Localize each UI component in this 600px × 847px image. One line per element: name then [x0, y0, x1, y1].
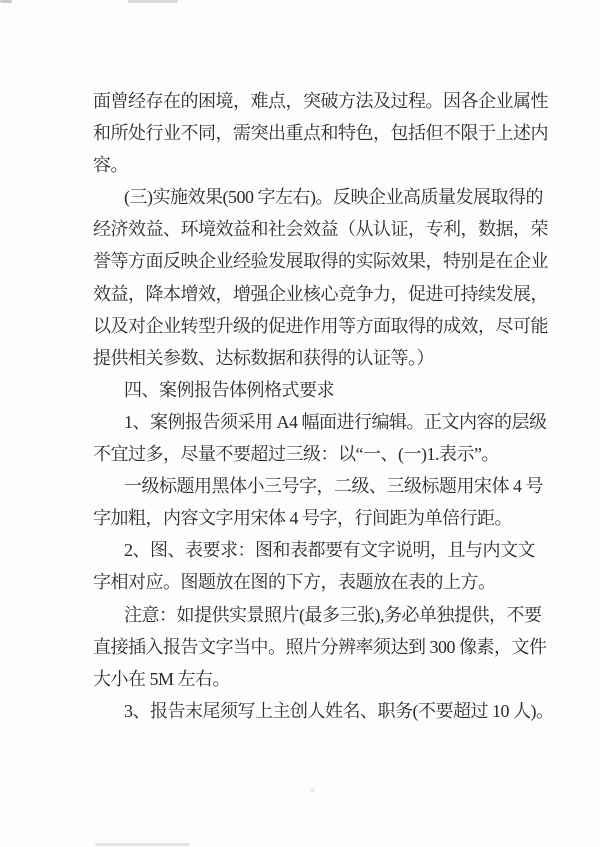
- text-line: 誉等方面反映企业经验发展取得的实际效果，特别是在企业: [93, 245, 563, 277]
- text-line: 字相对应。图题放在图的下方，表题放在表的上方。: [93, 566, 563, 598]
- scan-smudge-bottom: [95, 843, 190, 846]
- document-text: 面曾经存在的困境，难点，突破方法及过程。因各企业属性和所处行业不同，需突出重点和…: [93, 85, 563, 727]
- text-line: 直接插入报告文字当中。照片分辨率须达到 300 像素，文件: [93, 631, 563, 663]
- text-line: 不宜过多，尽量不要超过三级：以“一、(一)1.表示”。: [93, 438, 563, 470]
- text-line: 大小在 5M 左右。: [93, 663, 563, 695]
- text-line: 2、图、表要求：图和表都要有文字说明，且与内文文: [93, 534, 563, 566]
- text-line: 面曾经存在的困境，难点，突破方法及过程。因各企业属性: [93, 85, 563, 117]
- scan-smudge-top: [128, 0, 178, 3]
- scan-smudge-dot: [310, 788, 315, 792]
- text-line: 以及对企业转型升级的促进作用等方面取得的成效，尽可能: [93, 310, 563, 342]
- text-line: 和所处行业不同，需突出重点和特色，包括但不限于上述内: [93, 117, 563, 149]
- text-line: 经济效益、环境效益和社会效益（从认证，专利，数据，荣: [93, 213, 563, 245]
- text-line: 字加粗，内容文字用宋体 4 号字，行间距为单倍行距。: [93, 502, 563, 534]
- text-line: 提供相关参数、达标数据和获得的认证等。）: [93, 342, 563, 374]
- text-line: 3、报告末尾须写上主创人姓名、职务(不要超过 10 人)。: [93, 695, 563, 727]
- text-line: 容。: [93, 149, 563, 181]
- document-page: 面曾经存在的困境，难点，突破方法及过程。因各企业属性和所处行业不同，需突出重点和…: [0, 0, 600, 847]
- text-line: 一级标题用黑体小三号字，二级、三级标题用宋体 4 号: [93, 470, 563, 502]
- text-line: 1、案例报告须采用 A4 幅面进行编辑。正文内容的层级: [93, 406, 563, 438]
- text-line: 注意：如提供实景照片(最多三张),务必单独提供，不要: [93, 599, 563, 631]
- text-line: 效益，降本增效，增强企业核心竞争力，促进可持续发展，: [93, 278, 563, 310]
- text-line: (三)实施效果(500 字左右)。反映企业高质量发展取得的: [93, 181, 563, 213]
- scan-smudge-corner: [0, 0, 12, 3]
- text-line: 四、案例报告体例格式要求: [93, 374, 563, 406]
